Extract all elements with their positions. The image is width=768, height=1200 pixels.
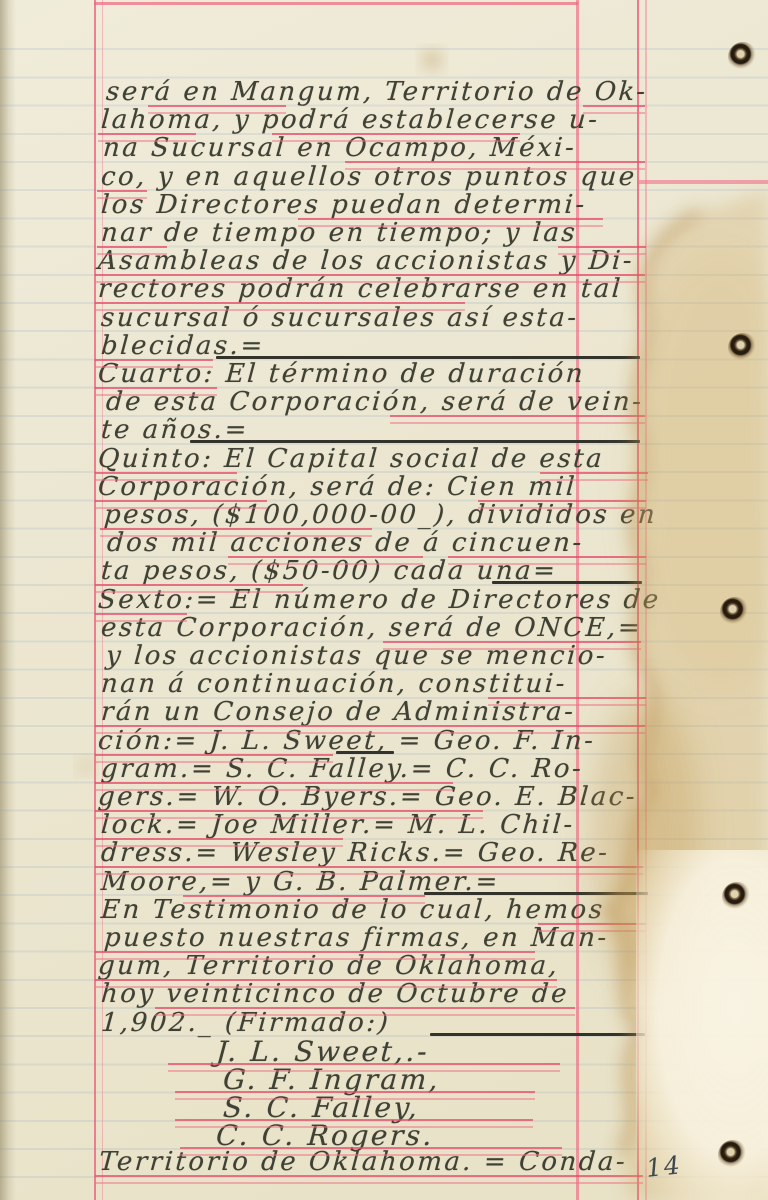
- ink-fill-rule: [190, 440, 640, 443]
- ink-fill-rule: [424, 892, 648, 895]
- red-emphasis-underline: [95, 782, 453, 791]
- handwriting-layer: será en Mangum, Territorio de Ok-lahoma,…: [0, 0, 768, 1200]
- red-emphasis-underline: [583, 105, 645, 114]
- ink-fill-rule: [336, 751, 394, 754]
- red-emphasis-underline: [298, 218, 603, 227]
- red-emphasis-underline: [95, 387, 217, 396]
- red-emphasis-underline: [95, 979, 557, 988]
- red-emphasis-underline: [383, 641, 641, 650]
- red-emphasis-underline: [390, 415, 645, 424]
- red-emphasis-underline: [98, 133, 196, 142]
- red-emphasis-underline: [180, 1147, 562, 1156]
- red-emphasis-underline: [155, 1007, 575, 1016]
- handwritten-line: Asambleas de los accionistas y Di-: [97, 246, 635, 276]
- red-emphasis-underline: [97, 246, 167, 255]
- ink-fill-rule: [216, 356, 640, 359]
- ink-fill-rule: [430, 1033, 645, 1036]
- red-emphasis-underline: [168, 1063, 560, 1072]
- red-emphasis-underline: [538, 923, 646, 932]
- page-number: 14: [645, 1150, 684, 1183]
- red-emphasis-underline: [95, 725, 645, 734]
- red-emphasis-underline: [448, 556, 646, 565]
- manuscript-page: será en Mangum, Territorio de Ok-lahoma,…: [0, 0, 768, 1200]
- handwritten-line: será en Mangum, Territorio de Ok-: [105, 77, 649, 107]
- red-emphasis-underline: [95, 754, 333, 763]
- red-emphasis-underline: [95, 1175, 643, 1184]
- red-emphasis-underline: [95, 359, 213, 368]
- red-emphasis-underline: [272, 133, 520, 142]
- red-emphasis-underline: [95, 500, 267, 509]
- ink-fill-rule: [492, 581, 642, 584]
- red-emphasis-underline: [175, 1119, 533, 1128]
- red-emphasis-underline: [95, 838, 343, 847]
- red-emphasis-underline: [183, 895, 425, 904]
- red-emphasis-underline: [95, 472, 237, 481]
- handwritten-line: puesto nuestras firmas, en Man-: [103, 923, 610, 953]
- red-emphasis-underline: [345, 161, 645, 170]
- red-emphasis-underline: [97, 190, 147, 199]
- red-emphasis-underline: [95, 274, 645, 283]
- red-emphasis-underline: [488, 697, 646, 706]
- handwritten-line: nan á continuación, constitui-: [100, 669, 568, 699]
- red-emphasis-underline: [95, 951, 535, 960]
- red-emphasis-underline: [175, 1091, 535, 1100]
- red-emphasis-underline: [95, 613, 187, 622]
- red-emphasis-underline: [558, 246, 646, 255]
- red-emphasis-underline: [95, 302, 465, 311]
- red-emphasis-underline: [95, 866, 643, 875]
- red-emphasis-underline: [95, 584, 303, 593]
- handwritten-line: Quinto: El Capital social de esta: [97, 444, 605, 474]
- red-emphasis-underline: [540, 472, 648, 481]
- red-emphasis-underline: [228, 556, 423, 565]
- red-emphasis-underline: [478, 500, 646, 509]
- red-emphasis-underline: [148, 105, 286, 114]
- handwritten-line: los Directores puedan determi-: [100, 190, 588, 220]
- red-emphasis-underline: [95, 810, 483, 819]
- red-emphasis-underline: [100, 528, 372, 537]
